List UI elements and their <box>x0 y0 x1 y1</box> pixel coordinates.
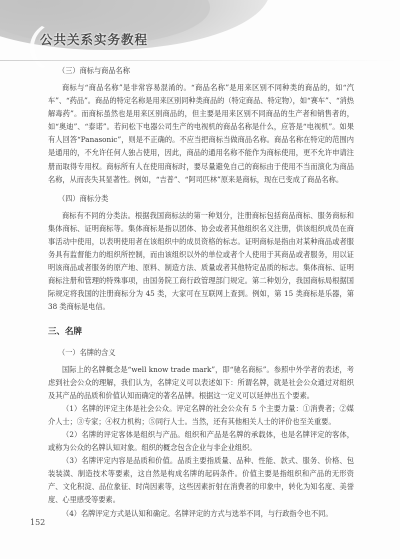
paragraph: 商标与“商品名称”是非常容易混淆的。“商品名称”是用来区别不同种类的商品的，如“… <box>48 81 354 186</box>
list-item: （1）名牌的评定主体是社会公众。评定名牌的社会公众有 5 个主要力量：①消费者；… <box>48 402 354 428</box>
page-number: 152 <box>30 518 45 527</box>
section-trademark-classification: （四）商标分类 商标有不同的分类法。根据我国商标法的第一种划分，注册商标包括商品… <box>48 192 354 314</box>
paragraph: 商标有不同的分类法。根据我国商标法的第一种划分，注册商标包括商品商标、服务商标和… <box>48 209 354 314</box>
list-item-text: （4）名牌评定方式是认知和确定。名牌评定的方式与选举不同，与行政指令也不同。 <box>48 507 354 520</box>
section-famous-brand: 三、名牌 （一）名牌的含义 国际上的名牌概念是“well know trade … <box>48 320 354 520</box>
section-heading: 三、名牌 <box>48 320 354 346</box>
subheading: （四）商标分类 <box>58 192 354 209</box>
book-title: 公共关系实务教程 <box>40 30 148 48</box>
list-item: （2）名牌的评定客体是组织与产品。组织和产品是名牌的承载体，也是名牌评定的客体，… <box>48 428 354 454</box>
header-divider <box>0 60 400 61</box>
subheading: （三）商标与商品名称 <box>58 64 354 81</box>
list-item-text: （2）名牌的评定客体是组织与产品。组织和产品是名牌的承载体，也是名牌评定的客体，… <box>48 428 354 454</box>
list-item-text: （1）名牌的评定主体是社会公众。评定名牌的社会公众有 5 个主要力量：①消费者；… <box>48 402 354 428</box>
paragraph-text: 国际上的名牌概念是“well know trade mark”，即“驰名商标”。… <box>48 363 354 402</box>
paragraph-text: 商标与“商品名称”是非常容易混淆的。“商品名称”是用来区别不同种类的商品的，如“… <box>48 81 354 186</box>
list-item-text: （3）名牌评定内容是品质和价值。品质主要指质量、品种、性能、款式、服务、价格、包… <box>48 454 354 506</box>
list-item: （4）名牌评定方式是认知和确定。名牌评定的方式与选举不同，与行政指令也不同。 <box>48 507 354 520</box>
intro-paragraph: 国际上的名牌概念是“well know trade mark”，即“驰名商标”。… <box>48 363 354 402</box>
list-item: （3）名牌评定内容是品质和价值。品质主要指质量、品种、性能、款式、服务、价格、包… <box>48 454 354 506</box>
subheading: （一）名牌的含义 <box>58 346 354 363</box>
section-trademark-vs-product-name: （三）商标与商品名称 商标与“商品名称”是非常容易混淆的。“商品名称”是用来区别… <box>48 64 354 186</box>
paragraph-text: 商标有不同的分类法。根据我国商标法的第一种划分，注册商标包括商品商标、服务商标和… <box>48 209 354 314</box>
page-content: （三）商标与商品名称 商标与“商品名称”是非常容易混淆的。“商品名称”是用来区别… <box>48 64 354 520</box>
